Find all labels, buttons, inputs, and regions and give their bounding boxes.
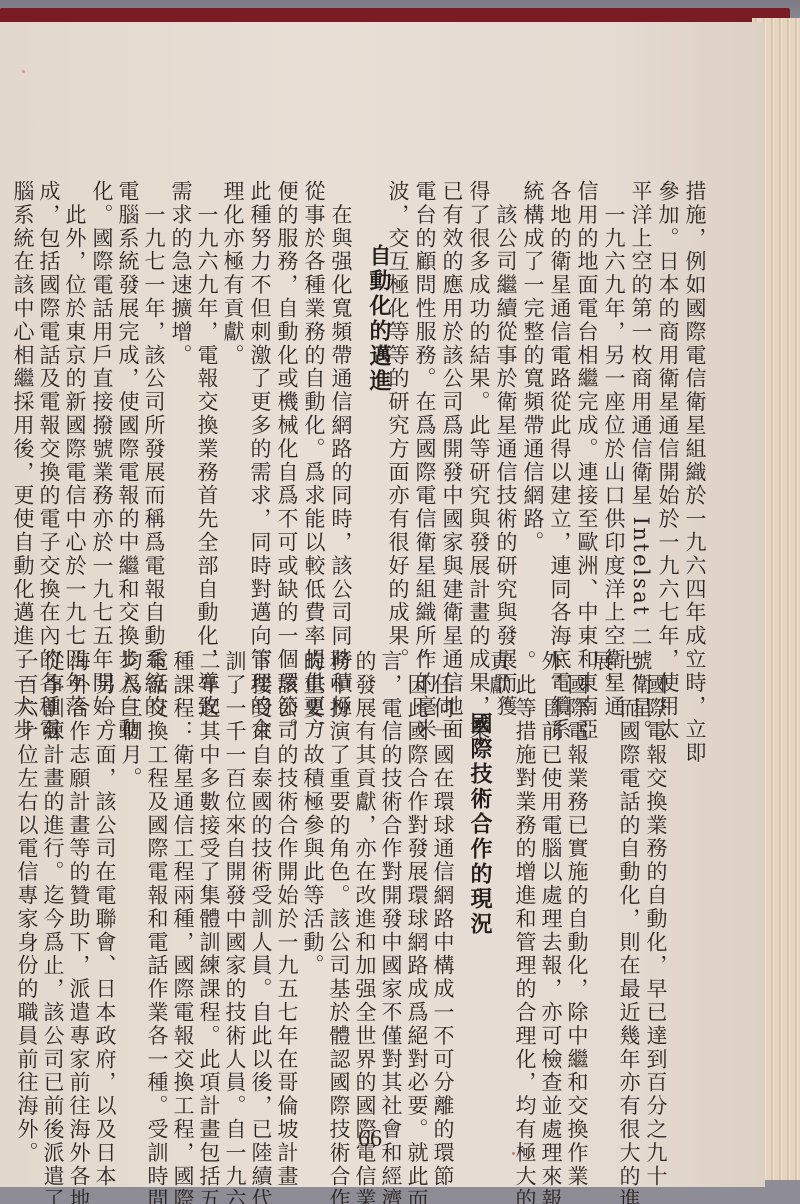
text-column: 另一方面，該公司在電聯會、日本政府，以及日本 — [94, 650, 115, 1188]
text-column: 。此等措施對業務的增進和管理的合理化，均有極大的 — [514, 650, 535, 1204]
section-heading-automation: 自動化的邁進 — [363, 244, 394, 394]
text-column: 七，而國際電話的自動化，則在最近幾年亦有很大的進 — [618, 650, 639, 1204]
text-column: 需求的急速擴增。 — [170, 180, 191, 367]
text-column: 言，電信的技術合作對開發中國家不僅對其社會和經濟 — [380, 650, 401, 1204]
text-column: 該公司繼續從事於衛星通信技術的研究與發展而獲 — [495, 180, 516, 718]
page-number: 66 — [358, 1126, 382, 1153]
text-column: 在與强化寬頻帶通信網路的同時，該公司同時積極 — [330, 180, 351, 718]
text-column: 的重要，故積極參與此等活動。 — [302, 650, 323, 978]
text-column: 一九六九年，電報交換業務首先全部自動化，導致 — [196, 180, 217, 718]
text-column: 。 — [672, 650, 693, 673]
text-column: 該公司的技術合作開始於一九五七年在哥倫坡計畫 — [276, 650, 297, 1188]
text-column: 電話交換工程及國際電報和電話作業各一種。受訓時間 — [146, 650, 167, 1204]
text-column: 國際電報業務已實施的自動化，除中繼和交換作業 — [566, 650, 587, 1188]
text-column: 措施，例如國際電信衛星組織於一九六四年成立時，立即 — [684, 180, 705, 765]
text-column: 貢獻。 — [488, 650, 509, 720]
text-column: 務中扮演了重要的角色。該公司基於體認國際技術合作 — [328, 650, 349, 1204]
text-column: 國際電報交換業務的自動化，早已達到百分之九十 — [645, 650, 666, 1188]
text-column: 統構成了一完整的寬頻帶通信網路。 — [522, 180, 543, 554]
text-column: 理化亦極有貢獻。 — [222, 180, 243, 367]
text-column: 展。 — [591, 650, 612, 697]
paper-speck — [22, 70, 25, 73]
text-column: 均爲三個月。 — [120, 650, 141, 790]
text-column: 此外，位於東京的新國際電信中心於一九七四年落 — [64, 180, 85, 718]
section-heading-international-cooperation: 國際技術合作的現況 — [464, 712, 495, 937]
text-column: 一九六九年，另一座位於山口供印度洋上空衛星通 — [603, 180, 624, 718]
text-column: 外，目前已使用電腦以處理去報，亦可檢查並處理來報 — [540, 650, 561, 1204]
text-column: 下接受來自泰國的技術受訓人員。自此以後，已陸續代 — [250, 650, 271, 1204]
text-column: 的發展有其貢獻，亦在改進和加强全世界的國際電信業 — [354, 650, 375, 1204]
text-column: 種課程：衛星通信工程兩種，國際電報交換工程，國際 — [172, 650, 193, 1204]
text-column: 二年起其中多數接受了集體訓練課程。此項計畫包括五 — [198, 650, 219, 1204]
text-column: 一百六十位左右以電信專家身份的職員前往海外。 — [16, 650, 37, 1165]
paper-speck — [512, 1152, 515, 1155]
book-page: 措施，例如國際電信衛星組織於一九六四年成立時，立即 參加。日本的商用衛星通信開始… — [0, 22, 765, 1187]
text-column: 得了很多成功的結果。此等研究與發展計畫的成果，業 — [468, 180, 489, 742]
text-column: 任何一國在環球通信網路中構成一不可分離的環節 — [432, 650, 453, 1188]
text-column: 一九七一年，該公司所發展而稱爲電報自動系統的 — [143, 180, 164, 718]
text-column: 從事訓練計畫的進行。迄今爲止，該公司已前後派遣了 — [42, 650, 63, 1204]
text-column: 海外合作志願計畫等的贊助下，派遣專家前往海外各地 — [68, 650, 89, 1204]
text-column: 。因此國際合作對發展環球網路成爲絕對必要。就此而 — [406, 650, 427, 1204]
text-column: 訓了一千一百位來自開發中國家的技術人員。自一九六 — [224, 650, 245, 1204]
